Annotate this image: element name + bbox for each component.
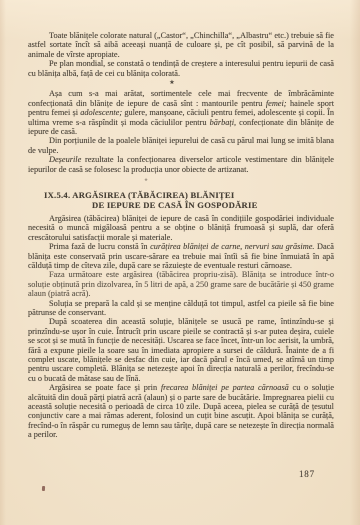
paragraph: Argăsirea se poate face și prin frecarea… bbox=[28, 383, 334, 439]
book-page: Toate blănițele colorate natural („Casto… bbox=[0, 0, 360, 525]
paragraph: Pe plan mondial, se constată o tendință … bbox=[28, 59, 334, 78]
paragraph: Toate blănițele colorate natural („Casto… bbox=[28, 31, 334, 59]
section-heading-line1: IX.5.4. ARGĂSIREA (TĂBĂCIREA) BLĂNIȚEI bbox=[28, 190, 334, 200]
ink-speck bbox=[42, 486, 45, 491]
paragraph: Din porțiunile de la poalele blăniței ie… bbox=[28, 136, 334, 155]
paragraph: Argăsirea (tăbăcirea) blăniței de iepure… bbox=[28, 214, 334, 242]
section-heading-line2: DE IEPURE DE CASĂ ÎN GOSPODĂRIE bbox=[28, 200, 334, 210]
paragraph: Soluția se prepară la cald și se menține… bbox=[28, 299, 334, 318]
paragraph: Deșeurile rezultate la confecționarea di… bbox=[28, 155, 334, 174]
page-number: 187 bbox=[299, 469, 315, 479]
paragraph: Faza următoare este argăsirea (tăbăcirea… bbox=[28, 270, 334, 298]
paragraph: Așa cum s-a mai arătat, sortimentele cel… bbox=[28, 89, 334, 136]
section-separator-star: ★ bbox=[19, 79, 325, 88]
text-column: Toate blănițele colorate natural („Casto… bbox=[28, 31, 334, 440]
paragraph: După scoaterea din această soluție, blăn… bbox=[28, 317, 334, 383]
section-separator-star: ★ bbox=[0, 175, 299, 184]
paragraph: Prima fază de lucru constă în curățirea … bbox=[28, 242, 334, 270]
section-heading: IX.5.4. ARGĂSIREA (TĂBĂCIREA) BLĂNIȚEI D… bbox=[28, 190, 334, 210]
